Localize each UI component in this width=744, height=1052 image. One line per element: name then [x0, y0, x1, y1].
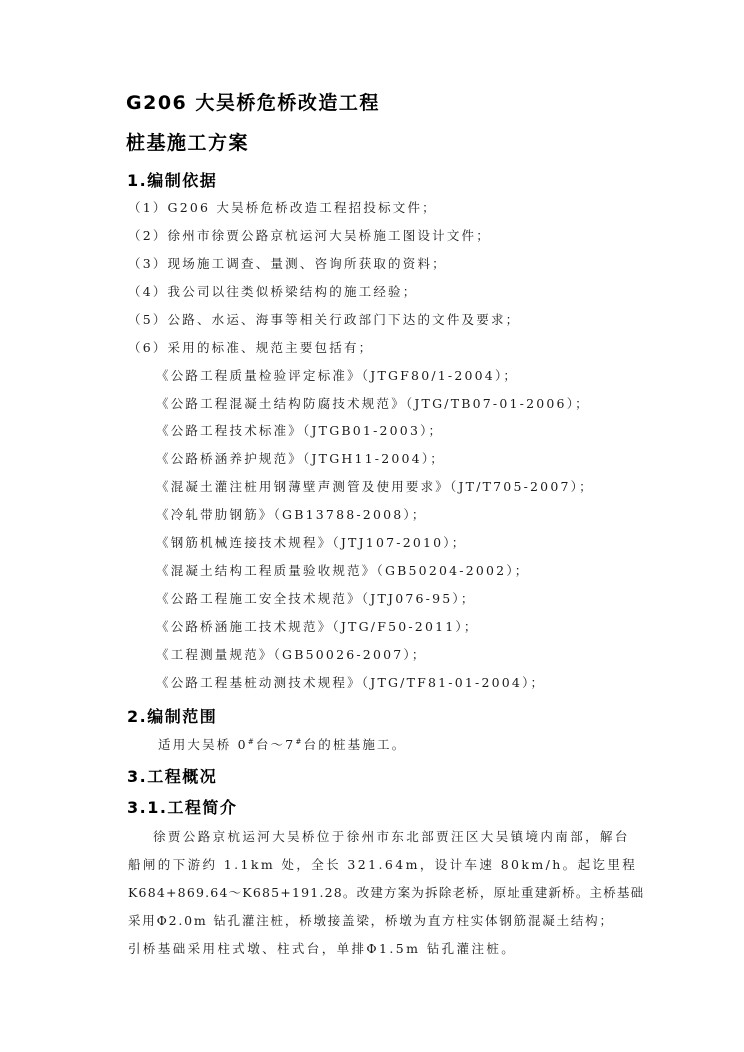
scope-sup-b: #: [295, 738, 303, 746]
standard-item: 《混凝土灌注桩用钢薄壁声测管及使用要求》（JT/T705-2007）；: [156, 477, 594, 495]
standard-item: 《混凝土结构工程质量验收规范》（GB50204-2002）；: [156, 561, 529, 579]
basis-item: （2）徐州市徐贾公路京杭运河大吴桥施工图设计文件；: [128, 226, 491, 244]
scope-text-b: 台～7: [256, 737, 296, 752]
standard-item: 《公路工程技术标准》（JTGB01-2003）；: [156, 421, 443, 439]
standard-item: 《公路工程基桩动测技术规程》（JTG/TF81-01-2004）；: [156, 673, 545, 691]
standard-item: 《公路工程施工安全技术规范》（JTJ076-95）；: [156, 589, 476, 607]
overview-paragraph-line: 徐贾公路京杭运河大吴桥位于徐州市东北部贾汪区大吴镇境内南部，解台: [153, 827, 668, 845]
overview-paragraph-line: 采用Φ2.0m 钻孔灌注桩，桥墩接盖梁，桥墩为直方柱实体钢筋混凝土结构；: [128, 911, 643, 929]
standard-item: 《公路工程混凝土结构防腐技术规范》（JTG/TB07-01-2006）；: [156, 394, 590, 412]
basis-item: （3）现场施工调查、量测、咨询所获取的资料；: [128, 254, 447, 272]
section-2-heading: 2.编制范围: [127, 704, 217, 727]
basis-item: （4）我公司以往类似桥梁结构的施工经验；: [128, 282, 417, 300]
document-subtitle: 桩基施工方案: [126, 128, 249, 155]
document-title: G206 大吴桥危桥改造工程: [126, 88, 380, 115]
standard-item: 《冷轧带肋钢筋》（GB13788-2008）；: [156, 505, 427, 523]
standard-item: 《公路桥涵养护规范》（JTGH11-2004）；: [156, 449, 445, 467]
scope-text-c: 台的桩基施工。: [304, 737, 407, 752]
section-1-heading: 1.编制依据: [127, 168, 217, 191]
standard-item: 《公路工程质量检验评定标准》（JTGF80/1-2004）；: [156, 366, 518, 384]
scope-text: 适用大吴桥 0#台～7#台的桩基施工。: [158, 735, 406, 753]
section-3-1-heading: 3.1.工程简介: [127, 795, 237, 818]
section-3-heading: 3.工程概况: [127, 764, 217, 787]
standard-item: 《工程测量规范》（GB50026-2007）；: [156, 645, 427, 663]
scope-sup-a: #: [248, 738, 256, 746]
basis-item: （1）G206 大吴桥危桥改造工程招投标文件；: [128, 198, 437, 216]
basis-item: （5）公路、水运、海事等相关行政部门下达的文件及要求；: [128, 310, 520, 328]
scope-text-a: 适用大吴桥 0: [158, 737, 248, 752]
overview-paragraph-line: 船闸的下游约 1.1km 处，全长 321.64m，设计车速 80km/h。起讫…: [128, 855, 643, 873]
overview-paragraph-line: K684+869.64～K685+191.28。改建方案为拆除老桥，原址重建新桥…: [128, 883, 643, 901]
document-page: G206 大吴桥危桥改造工程 桩基施工方案 1.编制依据 （1）G206 大吴桥…: [0, 0, 744, 1052]
standard-item: 《公路桥涵施工技术规范》（JTG/F50-2011）；: [156, 617, 479, 635]
basis-item: （6）采用的标准、规范主要包括有；: [128, 338, 373, 356]
standard-item: 《钢筋机械连接技术规程》（JTJ107-2010）；: [156, 533, 466, 551]
overview-paragraph-line: 引桥基础采用柱式墩、柱式台，单排Φ1.5m 钻孔灌注桩。: [128, 939, 643, 957]
